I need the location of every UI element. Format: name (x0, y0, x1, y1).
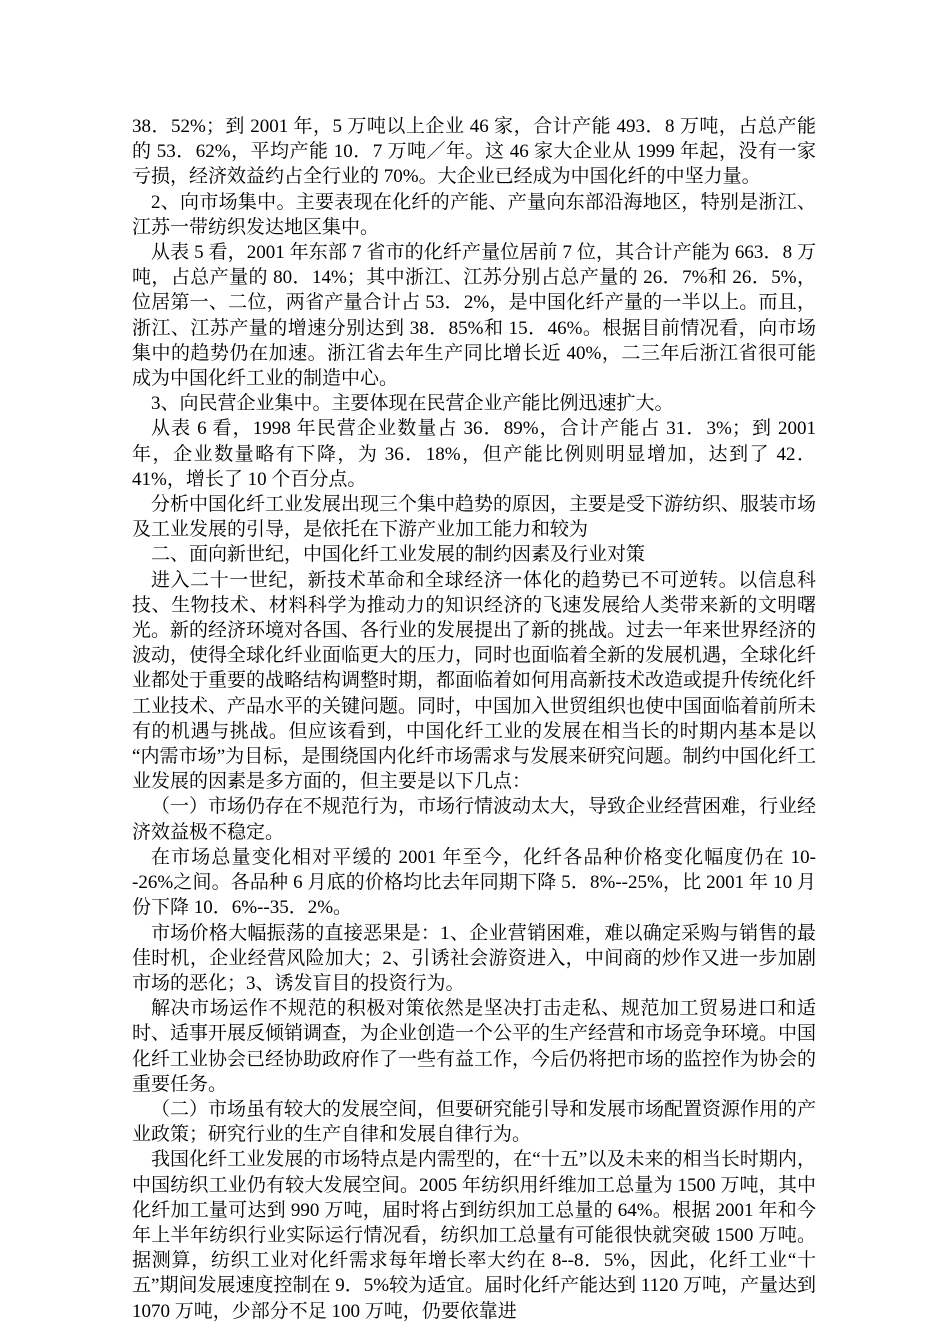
paragraph-countermeasures: 解决市场运作不规范的积极对策依然是坚决打击走私、规范加工贸易进口和适时、适事开展… (132, 996, 816, 1097)
paragraph-item3-private-enterprises: 3、向民营企业集中。主要体现在民营企业产能比例迅速扩大。 (132, 391, 816, 416)
paragraph-table6-analysis: 从表 6 看，1998 年民营企业数量占 36．89%，合计产能占 31．3%；… (132, 416, 816, 492)
paragraph-concentration-reasons: 分析中国化纤工业发展出现三个集中趋势的原因，主要是受下游纺织、服装市场及工业发展… (132, 492, 816, 542)
paragraph-new-century-intro: 进入二十一世纪，新技术革命和全球经济一体化的趋势已不可逆转。以信息科技、生物技术… (132, 568, 816, 795)
paragraph-price-consequences: 市场价格大幅振荡的直接恶果是：1、企业营销困难，难以确定采购与销售的最佳时机，企… (132, 921, 816, 997)
paragraph-market-characteristics: 我国化纤工业发展的市场特点是内需型的，在“十五”以及未来的相当长时期内，中国纺织… (132, 1147, 816, 1323)
subheading-issue-two-industrial-policy: （二）市场虽有较大的发展空间，但要研究能引导和发展市场配置资源作用的产业政策；研… (132, 1097, 816, 1147)
paragraph-table5-analysis: 从表 5 看，2001 年东部 7 省市的化纤产量位居前 7 位，其合计产能为 … (132, 240, 816, 391)
document-page: 38．52%；到 2001 年，5 万吨以上企业 46 家，合计产能 493．8… (0, 0, 950, 1344)
heading-section-two: 二、面向新世纪，中国化纤工业发展的制约因素及行业对策 (132, 542, 816, 567)
subheading-issue-one-market-irregularity: （一）市场仍存在不规范行为，市场行情波动太大，导致企业经营困难，行业经济效益极不… (132, 794, 816, 844)
paragraph-continuation-large-enterprises: 38．52%；到 2001 年，5 万吨以上企业 46 家，合计产能 493．8… (132, 114, 816, 190)
paragraph-item2-market-concentration: 2、向市场集中。主要表现在化纤的产能、产量向东部沿海地区，特别是浙江、江苏一带纺… (132, 190, 816, 240)
document-body-text: 38．52%；到 2001 年，5 万吨以上企业 46 家，合计产能 493．8… (132, 114, 816, 1324)
paragraph-price-fluctuation: 在市场总量变化相对平缓的 2001 年至今，化纤各品种价格变化幅度仍在 10--… (132, 845, 816, 921)
